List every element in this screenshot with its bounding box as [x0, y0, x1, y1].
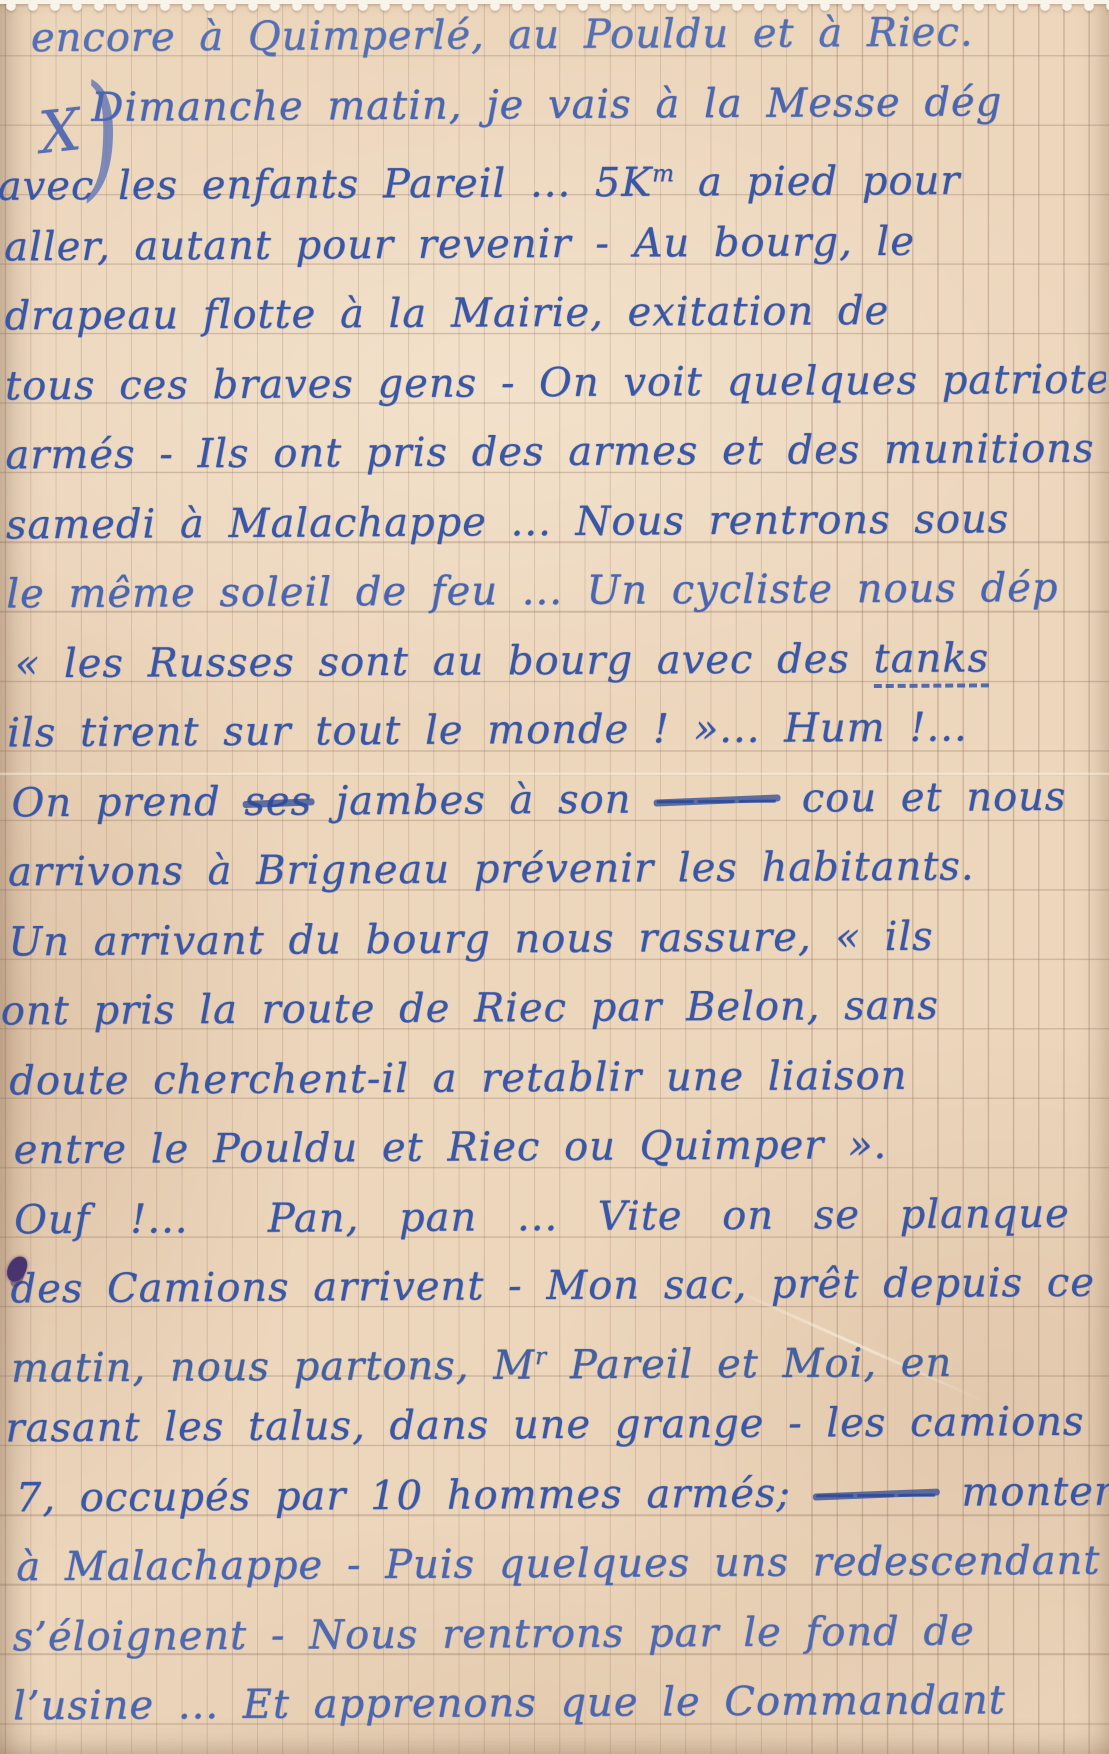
handwriting-line: le même soleil de feu ... Un cycliste no…: [0, 554, 1108, 630]
handwriting-lines: encore à Quimperlé, au Pouldu et à Riec.…: [0, 0, 1109, 1742]
handwriting-line: entre le Pouldu et Riec ou Quimper ».: [1, 1110, 1109, 1186]
handwriting-text: Dimanche matin, je vais à la Messe dég: [91, 79, 1002, 131]
handwriting-line: avec les enfants Pareil ... 5Km a pied p…: [0, 137, 1105, 213]
handwriting-line: « les Russes sont au bourg avec des tank…: [0, 623, 1108, 699]
struck-out-word: ———: [815, 1469, 938, 1516]
handwriting-text: à Malachappe - Puis quelques uns redesce…: [16, 1538, 1100, 1591]
handwriting-text: matin, nous partons, M: [11, 1342, 535, 1391]
handwriting-line: doute cherchent-il a retablir une liaiso…: [1, 1040, 1109, 1116]
handwriting-line: On prend ses jambes à son ——— cou et nou…: [0, 762, 1109, 838]
handwriting-text: samedi à Malachappe ... Nous rentrons so…: [6, 496, 1010, 548]
superscript-letter: r: [535, 1343, 546, 1370]
handwriting-text: cou et nous: [778, 773, 1067, 821]
handwriting-text: jambes à son: [312, 776, 655, 824]
handwriting-text: l’usine ... Et apprenons que le Commanda…: [13, 1677, 1006, 1729]
handwriting-text: entre le Pouldu et Riec ou Quimper ».: [14, 1122, 888, 1173]
handwriting-line: Un arrivant du bourg nous rassure, « ils: [0, 901, 1109, 977]
handwriting-text: drapeau flotte à la Mairie, exitation de: [4, 288, 889, 339]
handwriting-text: armés - Ils ont pris des armes et des mu…: [5, 426, 1094, 479]
handwriting-line: Ouf !... Pan, pan ... Vite on se planque: [2, 1179, 1109, 1255]
handwriting-text: arrivons à Brigneau prévenir les habitan…: [8, 843, 975, 895]
handwriting-text: « les Russes sont au bourg avec des: [15, 636, 874, 687]
handwriting-line: encore à Quimperlé, au Pouldu et à Riec.: [0, 0, 1104, 74]
handwriting-line: tous ces braves gens - On voit quelques …: [0, 345, 1106, 421]
handwriting-text: tous ces braves gens - On voit quelques …: [5, 356, 1106, 409]
handwriting-text: des Camions arrivent - Mon sac, prêt dep…: [10, 1260, 1095, 1313]
handwriting-text: Un arrivant du bourg nous rassure, « ils: [8, 913, 933, 965]
handwriting-text: le même soleil de feu ... Un cycliste no…: [6, 565, 1058, 617]
handwriting-text: ont pris la route de Riec par Belon, san…: [1, 983, 939, 1035]
handwriting-line: aller, autant pour revenir - Au bourg, l…: [0, 206, 1105, 282]
handwriting-line: ont pris la route de Riec par Belon, san…: [1, 971, 1109, 1047]
handwriting-line: s’éloignent - Nous rentrons par le fond …: [4, 1596, 1109, 1672]
handwriting-text: avec les enfants Pareil ... 5K: [0, 160, 652, 210]
handwriting-line: l’usine ... Et apprenons que le Commanda…: [5, 1666, 1109, 1742]
handwriting-text: rasant les talus, dans une grange - les …: [5, 1399, 1084, 1452]
handwriting-line: armés - Ils ont pris des armes et des mu…: [0, 415, 1107, 491]
handwriting-text: ils tirent sur tout le monde ! »... Hum …: [7, 704, 968, 756]
handwriting-line: ils tirent sur tout le monde ! »... Hum …: [0, 693, 1108, 769]
scanned-document-page: X) encore à Quimperlé, au Pouldu et à Ri…: [0, 0, 1109, 1754]
struck-out-word: ses: [244, 778, 312, 824]
handwriting-line: samedi à Malachappe ... Nous rentrons so…: [0, 484, 1107, 560]
handwriting-line: rasant les talus, dans une grange - les …: [3, 1388, 1109, 1464]
handwriting-line: à Malachappe - Puis quelques uns redesce…: [4, 1527, 1109, 1603]
struck-out-word: ———: [655, 775, 778, 822]
handwriting-line: des Camions arrivent - Mon sac, prêt dep…: [2, 1249, 1109, 1325]
handwriting-text: aller, autant pour revenir - Au bourg, l…: [4, 218, 915, 270]
handwriting-text: montent: [938, 1468, 1109, 1515]
handwriting-line: arrivons à Brigneau prévenir les habitan…: [0, 832, 1109, 908]
handwriting-text: encore à Quimperlé, au Pouldu et à Riec.: [31, 9, 974, 61]
handwriting-text: Pareil et Moi, en: [546, 1339, 952, 1387]
superscript-letter: m: [652, 160, 674, 187]
handwriting-text: doute cherchent-il a retablir une liaiso…: [9, 1052, 907, 1103]
dash-underlined-word: tanks: [873, 635, 989, 688]
handwriting-line: matin, nous partons, Mr Pareil et Moi, e…: [3, 1318, 1109, 1394]
handwriting-line: drapeau flotte à la Mairie, exitation de: [0, 276, 1106, 352]
handwriting-line: 7, occupés par 10 hommes armés; ——— mont…: [4, 1457, 1109, 1533]
handwriting-text: 7, occupés par 10 hommes armés;: [16, 1470, 815, 1521]
handwriting-text: s’éloignent - Nous rentrons par le fond …: [13, 1608, 975, 1660]
handwriting-text: Ouf !... Pan, pan ... Vite on se planque: [14, 1190, 1070, 1242]
handwriting-text: On prend: [11, 778, 244, 825]
handwriting-text: a pied pour: [674, 158, 961, 206]
handwriting-line: Dimanche matin, je vais à la Messe dég: [0, 67, 1105, 143]
